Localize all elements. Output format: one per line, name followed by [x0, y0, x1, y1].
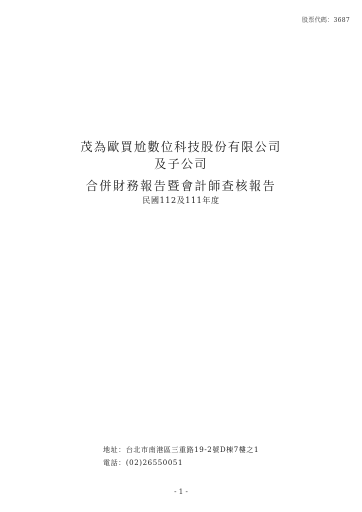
- report-title: 合併財務報告暨會計師查核報告: [0, 178, 362, 195]
- stock-code-value: 3687: [334, 17, 350, 24]
- subsidiary-label: 及子公司: [0, 156, 362, 173]
- report-years: 民國112及111年度: [0, 195, 362, 207]
- address-value: 台北市南港區三重路19-2號D棟7樓之1: [126, 446, 259, 454]
- contact-block: 地址：台北市南港區三重路19-2號D棟7樓之1 電話：(02)26550051: [103, 444, 259, 470]
- title-block: 茂為歐買尬數位科技股份有限公司 及子公司: [0, 139, 362, 173]
- phone-label: 電話：: [103, 459, 126, 467]
- page-number: - 1 -: [0, 488, 362, 496]
- stock-code-label: 股票代碼：: [302, 17, 334, 24]
- phone-value: (02)26550051: [126, 459, 183, 467]
- address-line: 地址：台北市南港區三重路19-2號D棟7樓之1: [103, 444, 259, 457]
- company-name: 茂為歐買尬數位科技股份有限公司: [0, 139, 362, 156]
- address-label: 地址：: [103, 446, 126, 454]
- stock-code: 股票代碼：3687: [302, 15, 350, 24]
- report-block: 合併財務報告暨會計師查核報告 民國112及111年度: [0, 178, 362, 207]
- phone-line: 電話：(02)26550051: [103, 457, 259, 470]
